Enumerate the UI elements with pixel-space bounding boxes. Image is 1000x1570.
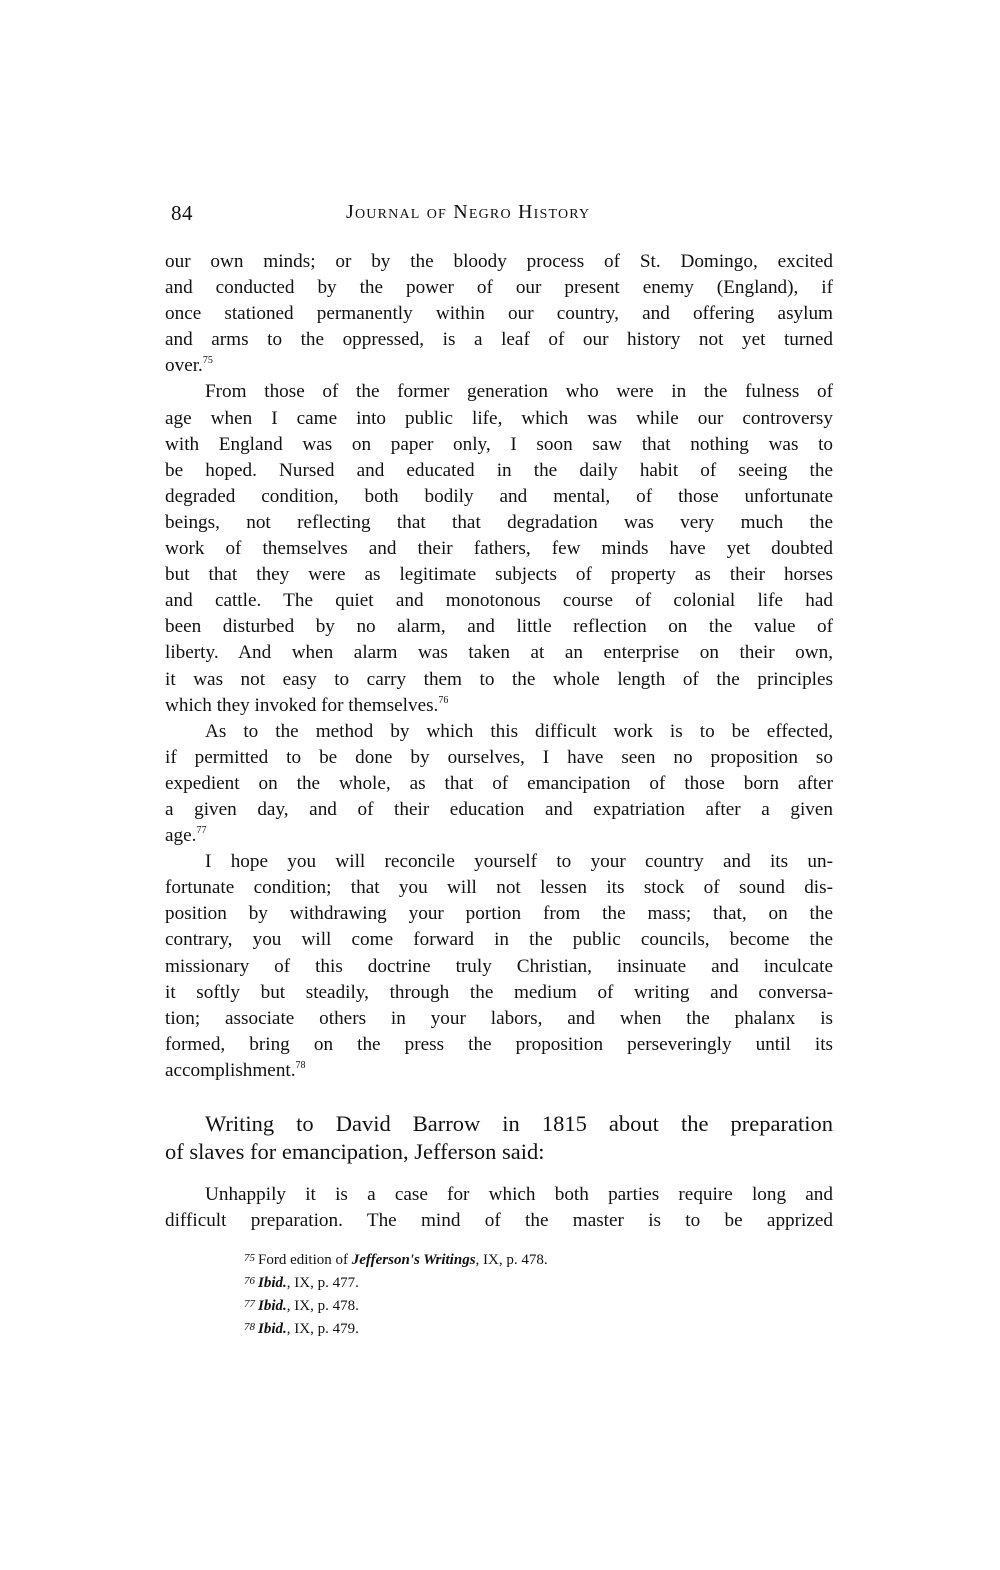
text-line: missionary of this doctrine truly Christ… [165,954,833,980]
text-line: it softly but steadily, through the medi… [165,980,833,1006]
paragraph: From those of the former generation who … [165,379,833,718]
text-line: which they invoked for themselves.76 [165,693,833,719]
text-line: been disturbed by no alarm, and little r… [165,614,833,640]
text-line: I hope you will reconcile yourself to yo… [165,849,833,875]
narrative-paragraph: Writing to David Barrow in 1815 about th… [165,1110,833,1166]
text-line: difficult preparation. The mind of the m… [165,1208,833,1234]
text-line: with England was on paper only, I soon s… [165,432,833,458]
paragraph: As to the method by which this difficult… [165,719,833,849]
paragraph: our own minds; or by the bloody process … [165,249,833,379]
footnote-77: 77Ibid., IX, p. 478. [244,1294,744,1317]
text-line: of slaves for emancipation, Jefferson sa… [165,1138,833,1166]
paragraph: I hope you will reconcile yourself to yo… [165,849,833,1084]
text-line: position by withdrawing your portion fro… [165,901,833,927]
text-line: beings, not reflecting that that degrada… [165,510,833,536]
text-line: fortunate condition; that you will not l… [165,875,833,901]
text-line: if permitted to be done by ourselves, I … [165,745,833,771]
text-line: age.77 [165,823,833,849]
quoted-passage-barrow: Unhappily it is a case for which both pa… [165,1182,833,1234]
text-line: From those of the former generation who … [165,379,833,405]
text-line: but that they were as legitimate subject… [165,562,833,588]
footnote-78: 78Ibid., IX, p. 479. [244,1317,744,1340]
journal-title: Journal of Negro History [346,201,590,224]
footnote-ref[interactable]: 75 [203,355,213,366]
text-line: age when I came into public life, which … [165,406,833,432]
text-line: and cattle. The quiet and monotonous cou… [165,588,833,614]
text-line: be hoped. Nursed and educated in the dai… [165,458,833,484]
document-page: 84 Journal of Negro History our own mind… [0,0,1000,1570]
text-line: expedient on the whole, as that of emanc… [165,771,833,797]
footnotes: 75Ford edition of Jefferson's Writings, … [244,1248,744,1340]
text-line: formed, bring on the press the propositi… [165,1032,833,1058]
running-head: 84 Journal of Negro History [171,201,831,227]
text-line: Writing to David Barrow in 1815 about th… [165,1110,833,1138]
text-line: once stationed permanently within our co… [165,301,833,327]
text-line: our own minds; or by the bloody process … [165,249,833,275]
quoted-passage: our own minds; or by the bloody process … [205,249,833,1084]
footnote-76: 76Ibid., IX, p. 477. [244,1271,744,1294]
footnote-ref[interactable]: 76 [438,695,448,706]
text-line: accomplishment.78 [165,1058,833,1084]
text-line: over.75 [165,353,833,379]
footnote-ref[interactable]: 77 [196,825,206,836]
text-line: it was not easy to carry them to the who… [165,667,833,693]
text-line: liberty. And when alarm was taken at an … [165,640,833,666]
text-line: and conducted by the power of our presen… [165,275,833,301]
text-line: tion; associate others in your labors, a… [165,1006,833,1032]
footnote-ref[interactable]: 78 [296,1060,306,1071]
text-line: As to the method by which this difficult… [165,719,833,745]
text-line: a given day, and of their education and … [165,797,833,823]
text-line: degraded condition, both bodily and ment… [165,484,833,510]
text-line: contrary, you will come forward in the p… [165,927,833,953]
text-line: and arms to the oppressed, is a leaf of … [165,327,833,353]
footnote-75: 75Ford edition of Jefferson's Writings, … [244,1248,744,1271]
text-line: work of themselves and their fathers, fe… [165,536,833,562]
page-number: 84 [171,201,193,226]
text-line: Unhappily it is a case for which both pa… [165,1182,833,1208]
